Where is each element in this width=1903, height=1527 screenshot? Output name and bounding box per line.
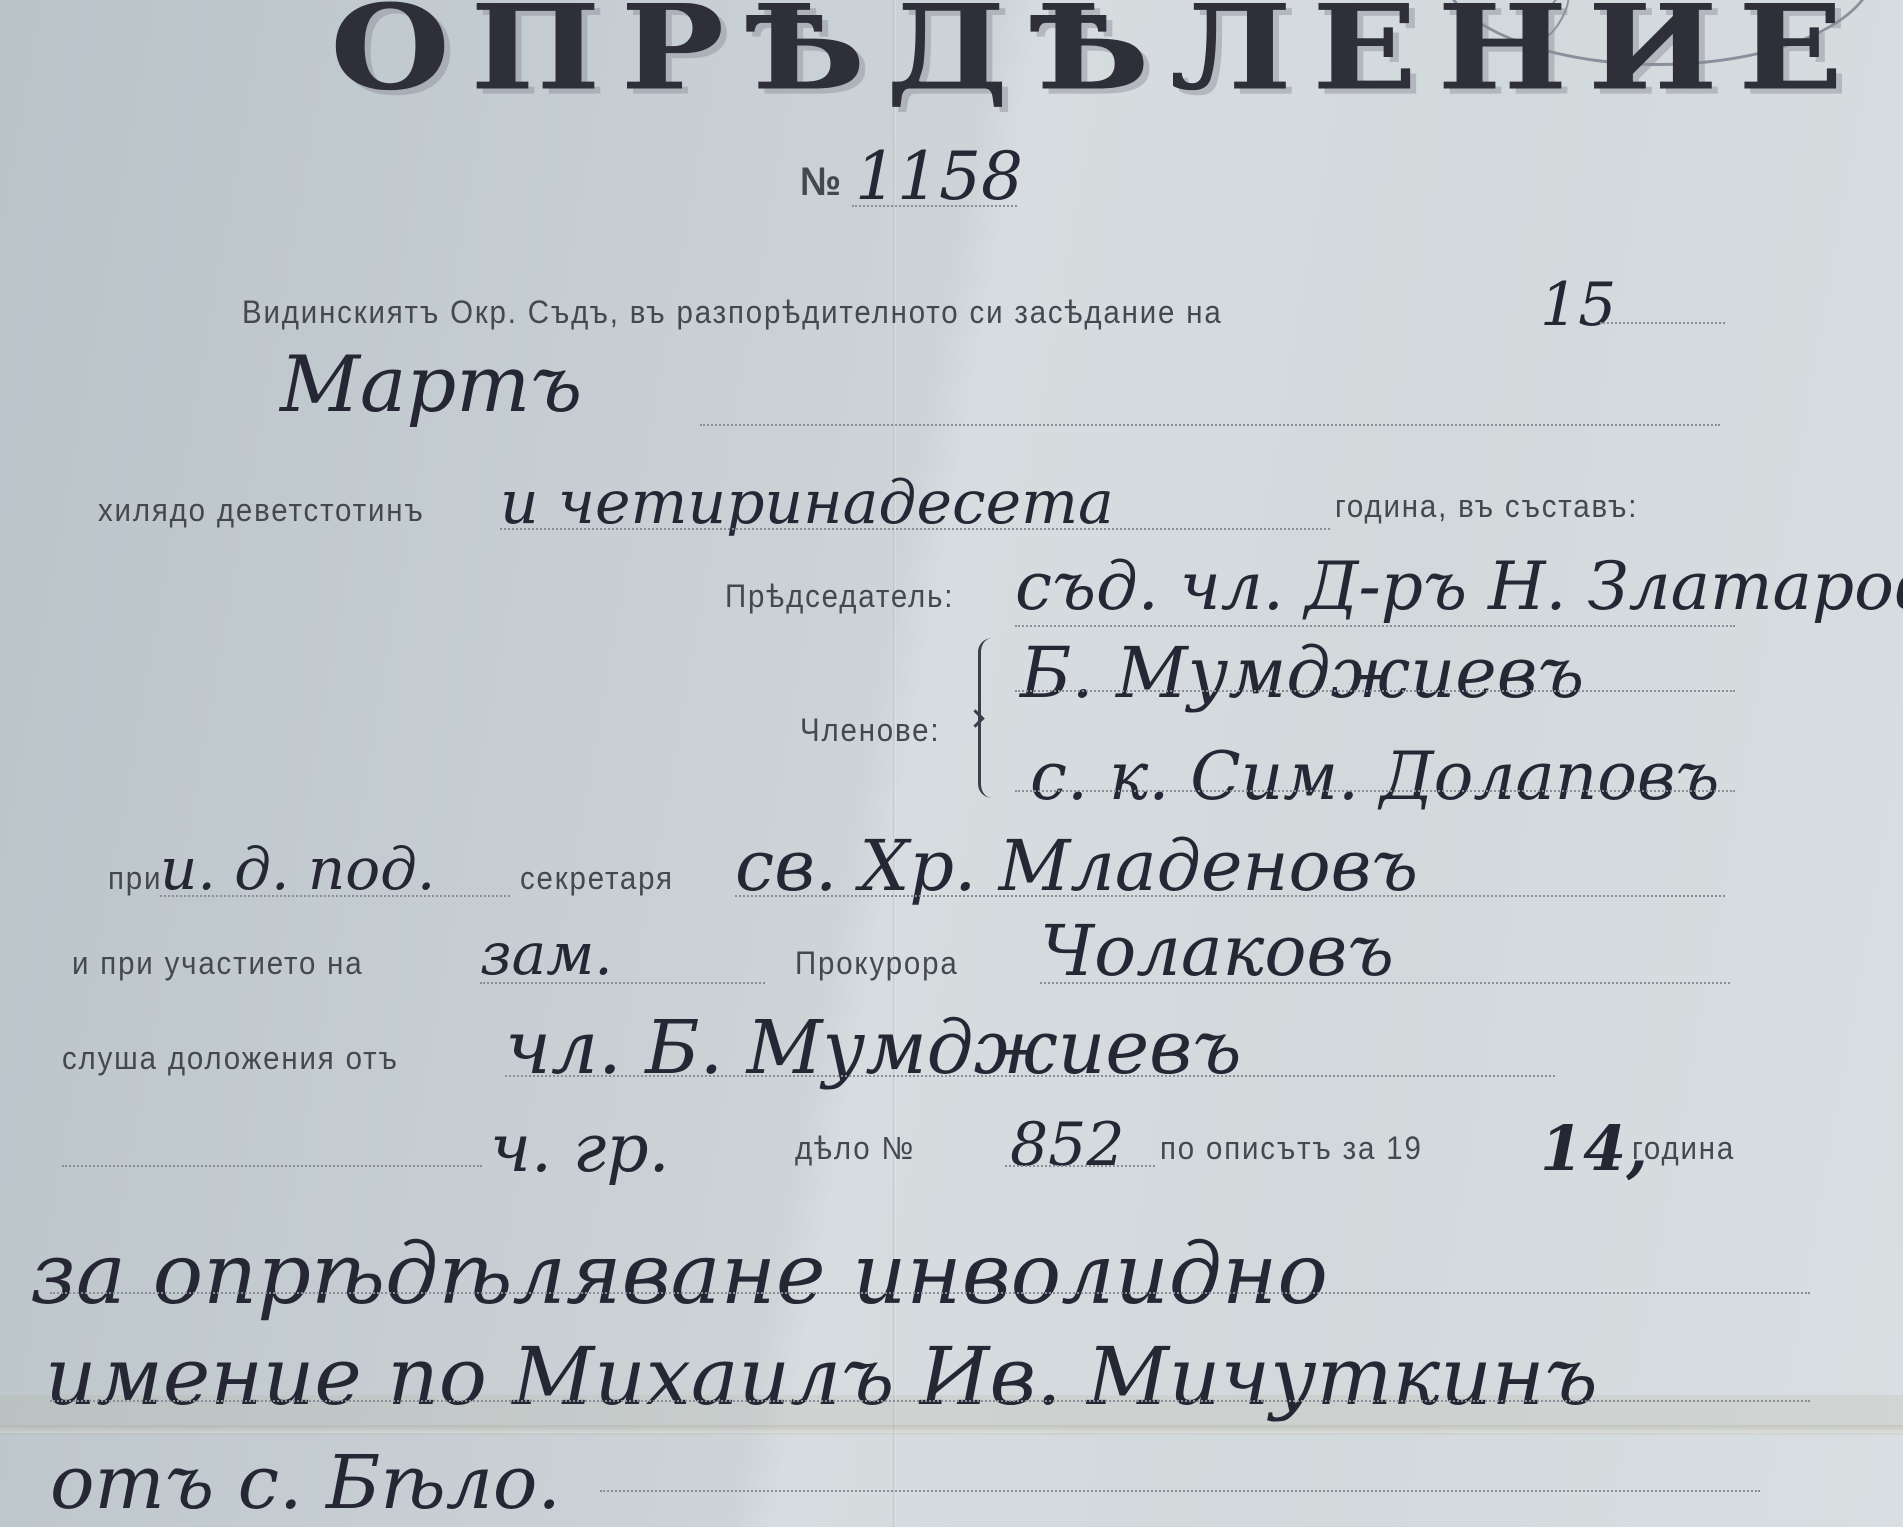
session-month: Мартъ: [280, 340, 582, 430]
session-day: 15: [1540, 270, 1616, 340]
year-suffix: година, въ съставъ:: [1335, 488, 1638, 525]
case-type: ч. гр.: [490, 1110, 670, 1187]
session-line-text: Видинскиятъ Окр. Съдъ, въ разпорѣдително…: [242, 294, 1223, 331]
secretary-label: секретаря: [520, 860, 674, 897]
brace-icon: [978, 638, 999, 798]
case-number: 852: [1010, 1110, 1125, 1180]
prosecutor-label: Прокурора: [795, 945, 959, 982]
members-label: Членове:: [800, 712, 940, 749]
secretary-role: и. д. под.: [160, 835, 435, 903]
year-prefix: хилядо деветстотинъ: [98, 492, 425, 529]
number-label: №: [800, 160, 843, 205]
body-line-2: имение по Михаилъ Ив. Мичуткинъ: [45, 1330, 1598, 1423]
prosecutor-prefix: и при участието на: [72, 945, 363, 982]
case-year-label: година: [1632, 1130, 1735, 1167]
member-1: Б. Мумджиевъ: [1020, 632, 1584, 714]
testimony-label: слуша доложения отъ: [62, 1040, 399, 1077]
testimony-value: чл. Б. Мумджиевъ: [505, 1005, 1242, 1091]
body-line-1: за опрѣдѣляване инволидно: [30, 1225, 1328, 1323]
member-2: с. к. Сим. Долаповъ: [1030, 738, 1719, 815]
secretary-prefix: при: [108, 860, 162, 897]
paper-fold-horizontal: [0, 1425, 1903, 1433]
chairman-value: съд. чл. Д-ръ Н. Златаровъ: [1015, 548, 1903, 625]
prosecutor-role: зам.: [480, 920, 613, 988]
number-value: 1158: [855, 138, 1023, 215]
body-line-3: отъ с. Бѣло.: [50, 1440, 561, 1526]
case-label: дѣло №: [795, 1130, 915, 1167]
document-title: ОПРѢДѢЛЕНИЕ: [330, 0, 1863, 117]
chairman-label: Прѣдседатель:: [725, 578, 954, 615]
inventory-label: по описътъ за 19: [1160, 1130, 1423, 1167]
prosecutor-value: Чолаковъ: [1040, 910, 1394, 992]
